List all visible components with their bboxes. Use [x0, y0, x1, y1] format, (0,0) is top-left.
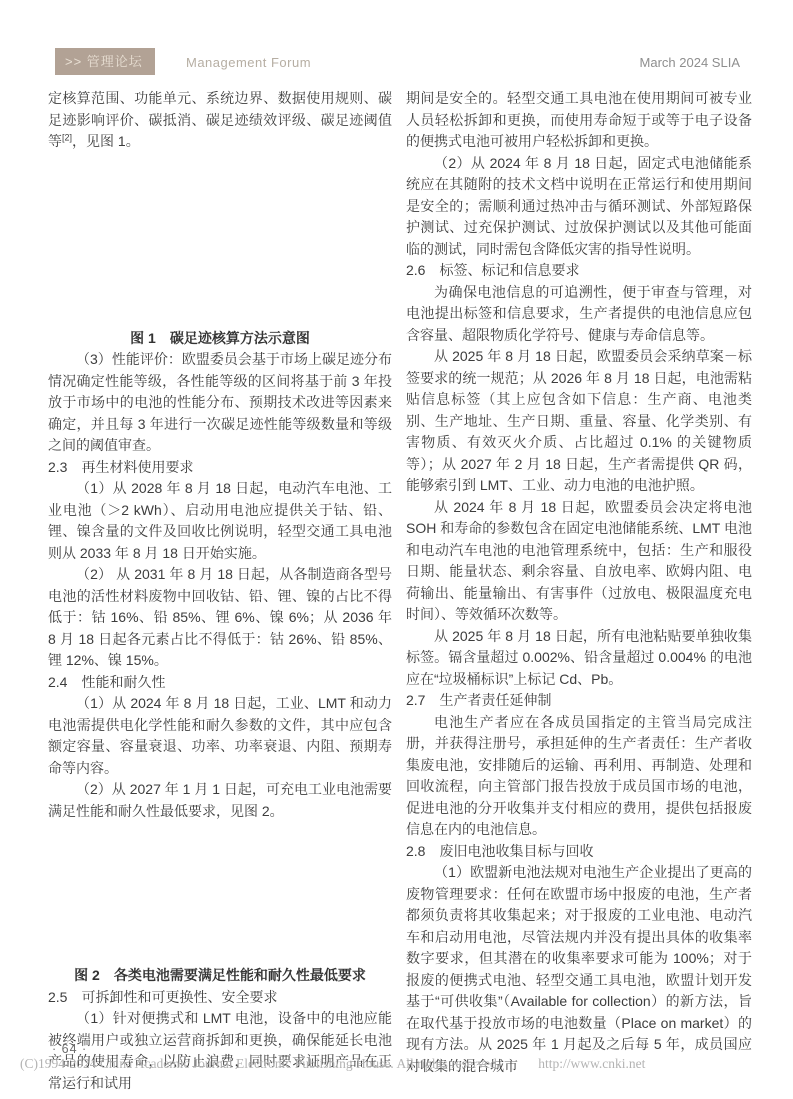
figure2-caption: 图 2 各类电池需要满足性能和耐久性最低要求: [48, 965, 392, 987]
paragraph-2-4-2: （2）从 2027 年 1 月 1 日起，可充电工业电池需要满足性能和耐久性最低…: [48, 779, 392, 822]
paragraph-2-4-1: （1）从 2024 年 8 月 18 日起，工业、LMT 和动力电池需提供电化学…: [48, 693, 392, 779]
paragraph-2-5-2: （2）从 2024 年 8 月 18 日起，固定式电池储能系统应在其随附的技术文…: [406, 153, 752, 261]
paragraph-performance-eval: （3）性能评价：欧盟委员会基于市场上碳足迹分布情况确定性能等级，各性能等级的区间…: [48, 349, 392, 457]
heading-2-6: 2.6 标签、标记和信息要求: [406, 260, 752, 282]
heading-2-7: 2.7 生产者责任延伸制: [406, 690, 752, 712]
issue-label: March 2024 SLIA: [640, 55, 740, 70]
heading-2-8: 2.8 废旧电池收集目标与回收: [406, 841, 752, 863]
paragraph-2-5-1-continued: 期间是安全的。轻型交通工具电池在使用期间可被专业人员轻松拆卸和更换，而使用寿命短…: [406, 88, 752, 153]
section-badge: >> 管理论坛: [55, 48, 155, 75]
right-column: 期间是安全的。轻型交通工具电池在使用期间可被专业人员轻松拆卸和更换，而使用寿命短…: [406, 88, 752, 1077]
page-number: · 64 ·: [52, 1042, 87, 1056]
heading-2-3: 2.3 再生材料使用要求: [48, 457, 392, 479]
heading-2-5: 2.5 可拆卸性和可更换性、安全要求: [48, 987, 392, 1009]
paragraph-2-3-2: （2） 从 2031 年 8 月 18 日起，从各制造商各型号电池的活性材料废物…: [48, 564, 392, 672]
intro-tail: ，见图 1。: [72, 133, 140, 149]
figure2-placeholder: [48, 822, 392, 965]
copyright-text: (C)1994-2024 China Academic Journal Elec…: [20, 1056, 500, 1071]
paragraph-2-6-4: 从 2025 年 8 月 18 日起，所有电池粘贴要单独收集标签。镉含量超过 0…: [406, 626, 752, 691]
left-column: 定核算范围、功能单元、系统边界、数据使用规则、碳足迹影响评价、碳抵消、碳足迹绩效…: [48, 88, 392, 1094]
citation-ref: [2]: [62, 132, 72, 142]
paragraph-2-6-3: 从 2024 年 8 月 18 日起，欧盟委员会决定将电池 SOH 和寿命的参数…: [406, 497, 752, 626]
paragraph-intro: 定核算范围、功能单元、系统边界、数据使用规则、碳足迹影响评价、碳抵消、碳足迹绩效…: [48, 88, 392, 153]
paragraph-2-6-1: 为确保电池信息的可追溯性，便于审查与管理，对电池提出标签和信息要求，生产者提供的…: [406, 282, 752, 347]
paragraph-2-7-1: 电池生产者应在各成员国指定的主管当局完成注册，并获得注册号，承担延伸的生产者责任…: [406, 712, 752, 841]
figure1-caption: 图 1 碳足迹核算方法示意图: [48, 328, 392, 350]
cnki-link[interactable]: http://www.cnki.net: [538, 1056, 645, 1071]
copyright-line: (C)1994-2024 China Academic Journal Elec…: [20, 1056, 773, 1072]
paragraph-2-6-2: 从 2025 年 8 月 18 日起，欧盟委员会采纳草案－标签要求的统一规范；从…: [406, 346, 752, 497]
paragraph-2-5-1: （1）针对便携式和 LMT 电池，设备中的电池应能被终端用户或独立运营商拆卸和更…: [48, 1008, 392, 1094]
figure1-placeholder: [48, 153, 392, 328]
heading-2-4: 2.4 性能和耐久性: [48, 672, 392, 694]
paragraph-2-3-1: （1）从 2028 年 8 月 18 日起，电动汽车电池、工业电池（＞2 kWh…: [48, 478, 392, 564]
section-badge-english: Management Forum: [186, 55, 311, 70]
paragraph-2-8-1: （1）欧盟新电池法规对电池生产企业提出了更高的废物管理要求：任何在欧盟市场中报废…: [406, 862, 752, 1077]
journal-page: >> 管理论坛 Management Forum March 2024 SLIA…: [0, 0, 793, 1099]
